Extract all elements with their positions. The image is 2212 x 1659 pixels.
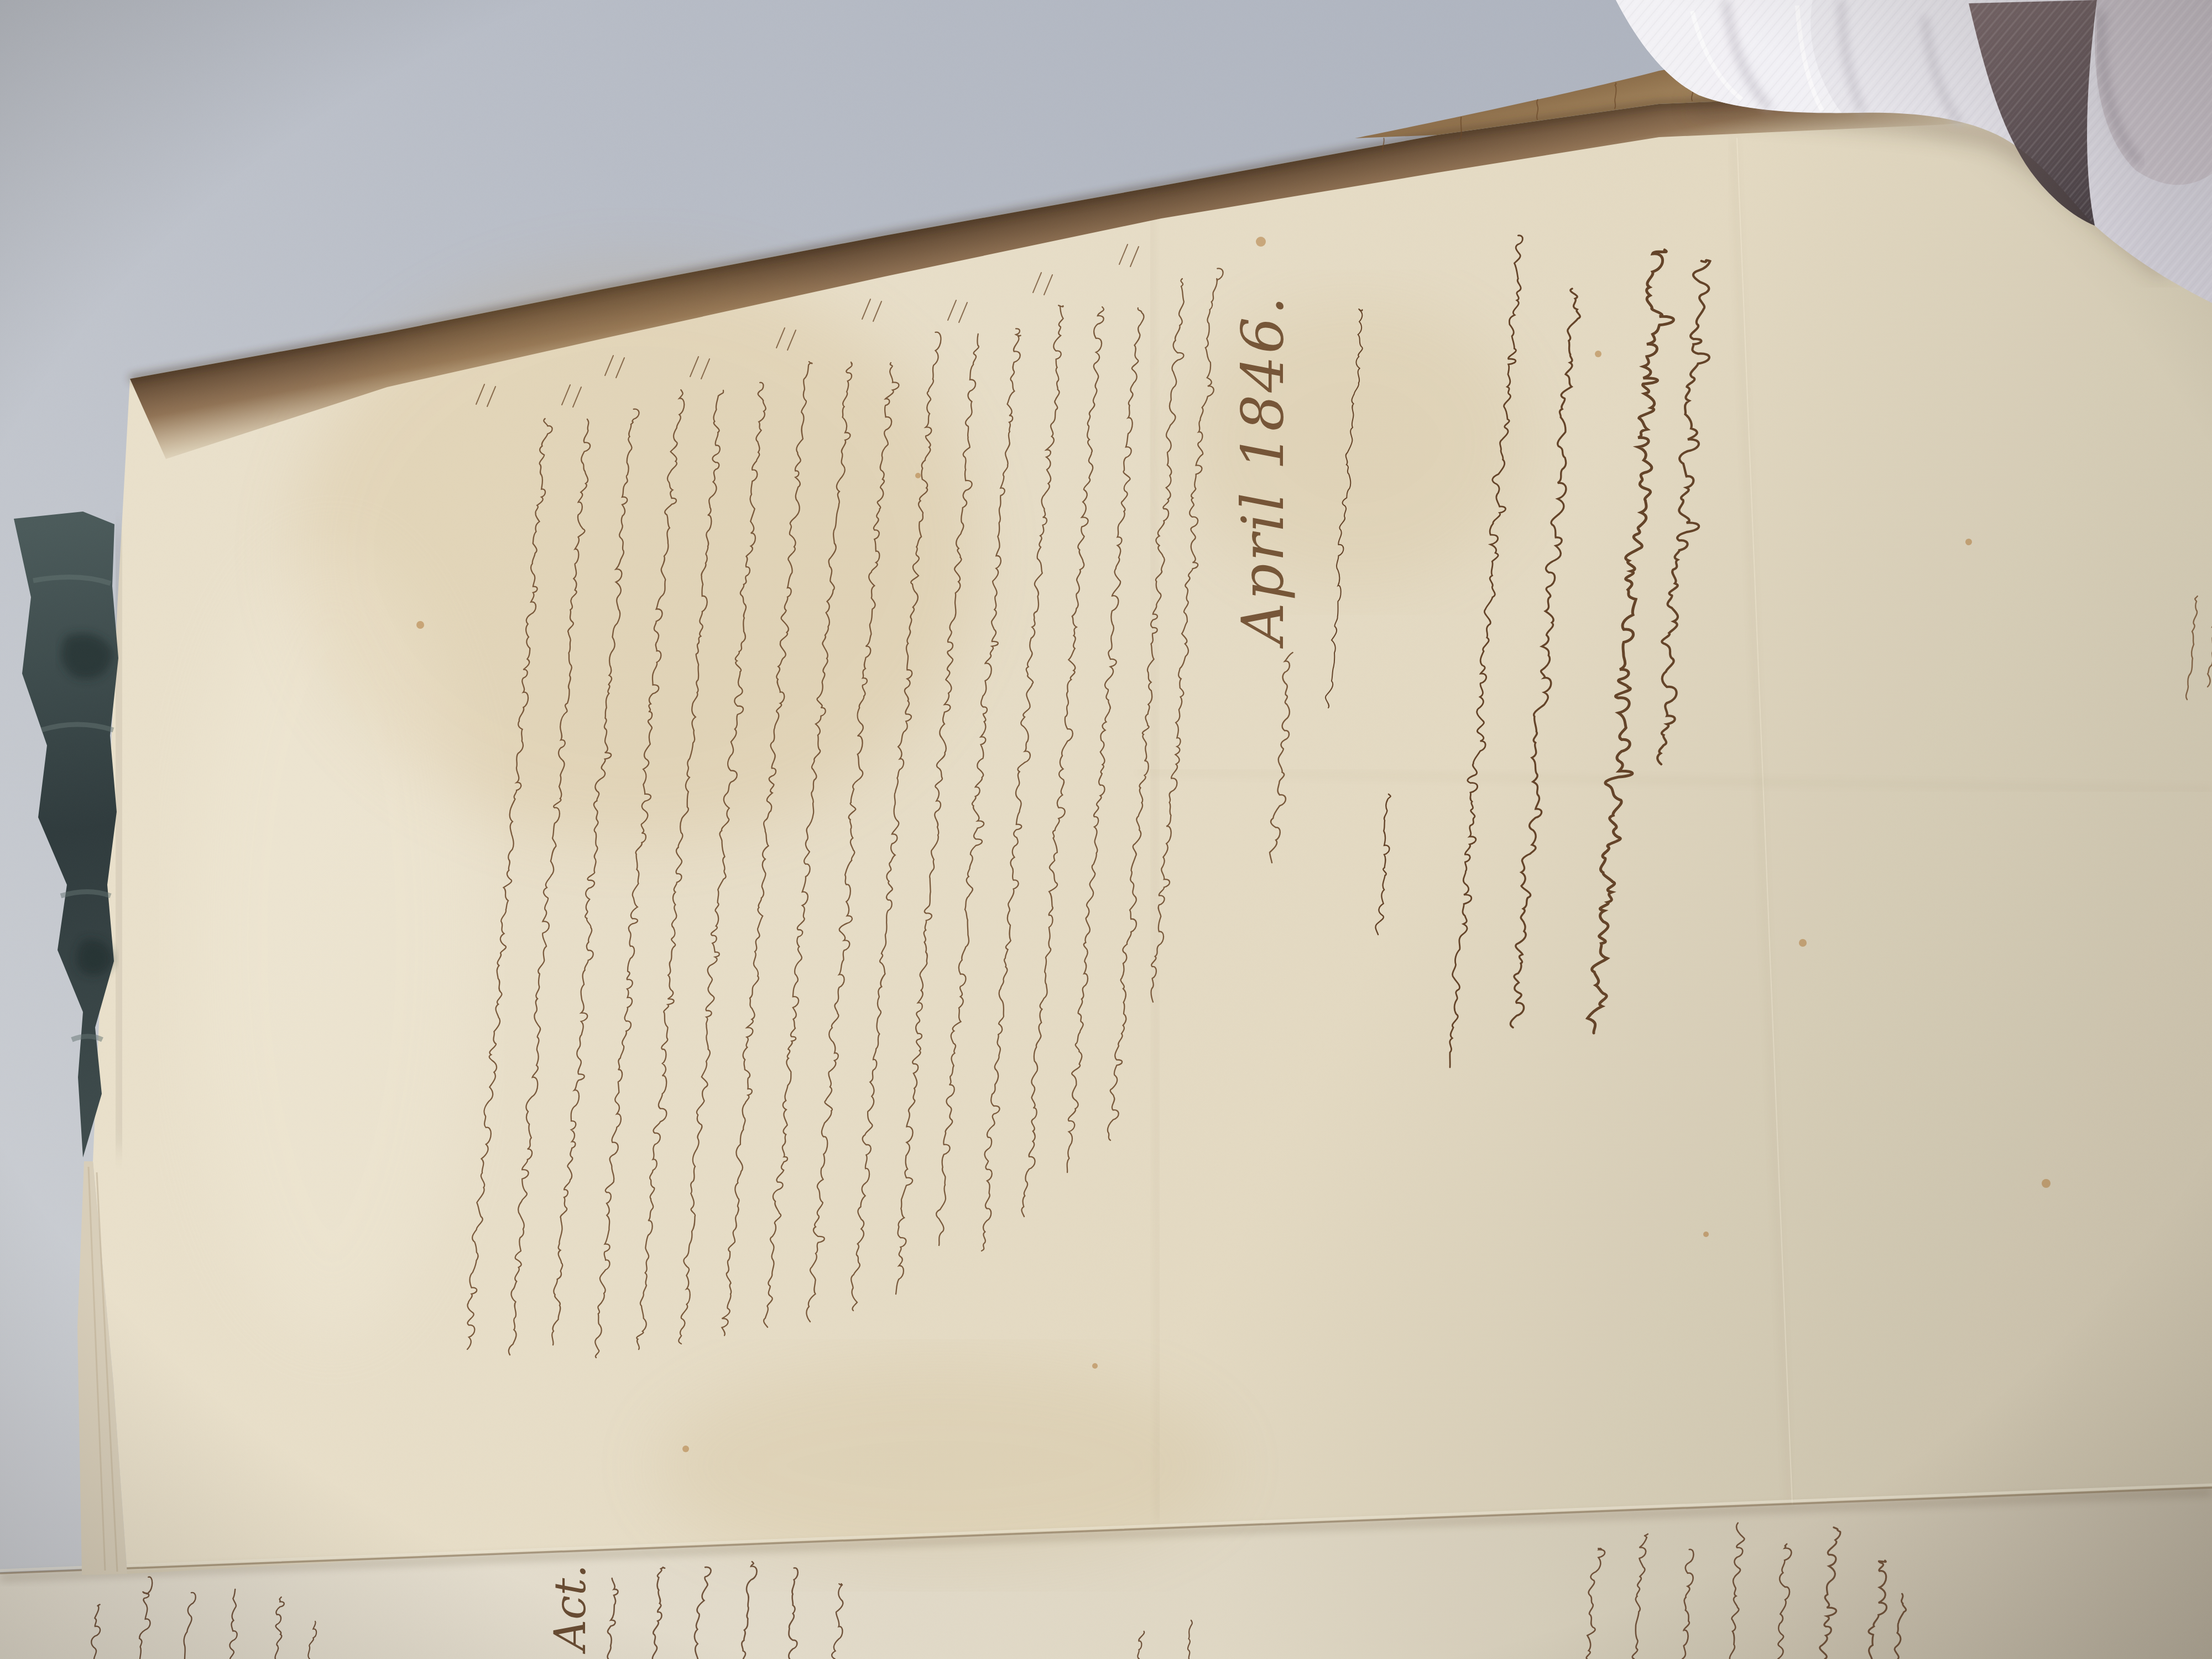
photo-canvas: April 1846. Act. [0,0,2212,1659]
manuscript-photo: April 1846. Act. [0,0,2212,1659]
vignette [0,0,2212,1659]
